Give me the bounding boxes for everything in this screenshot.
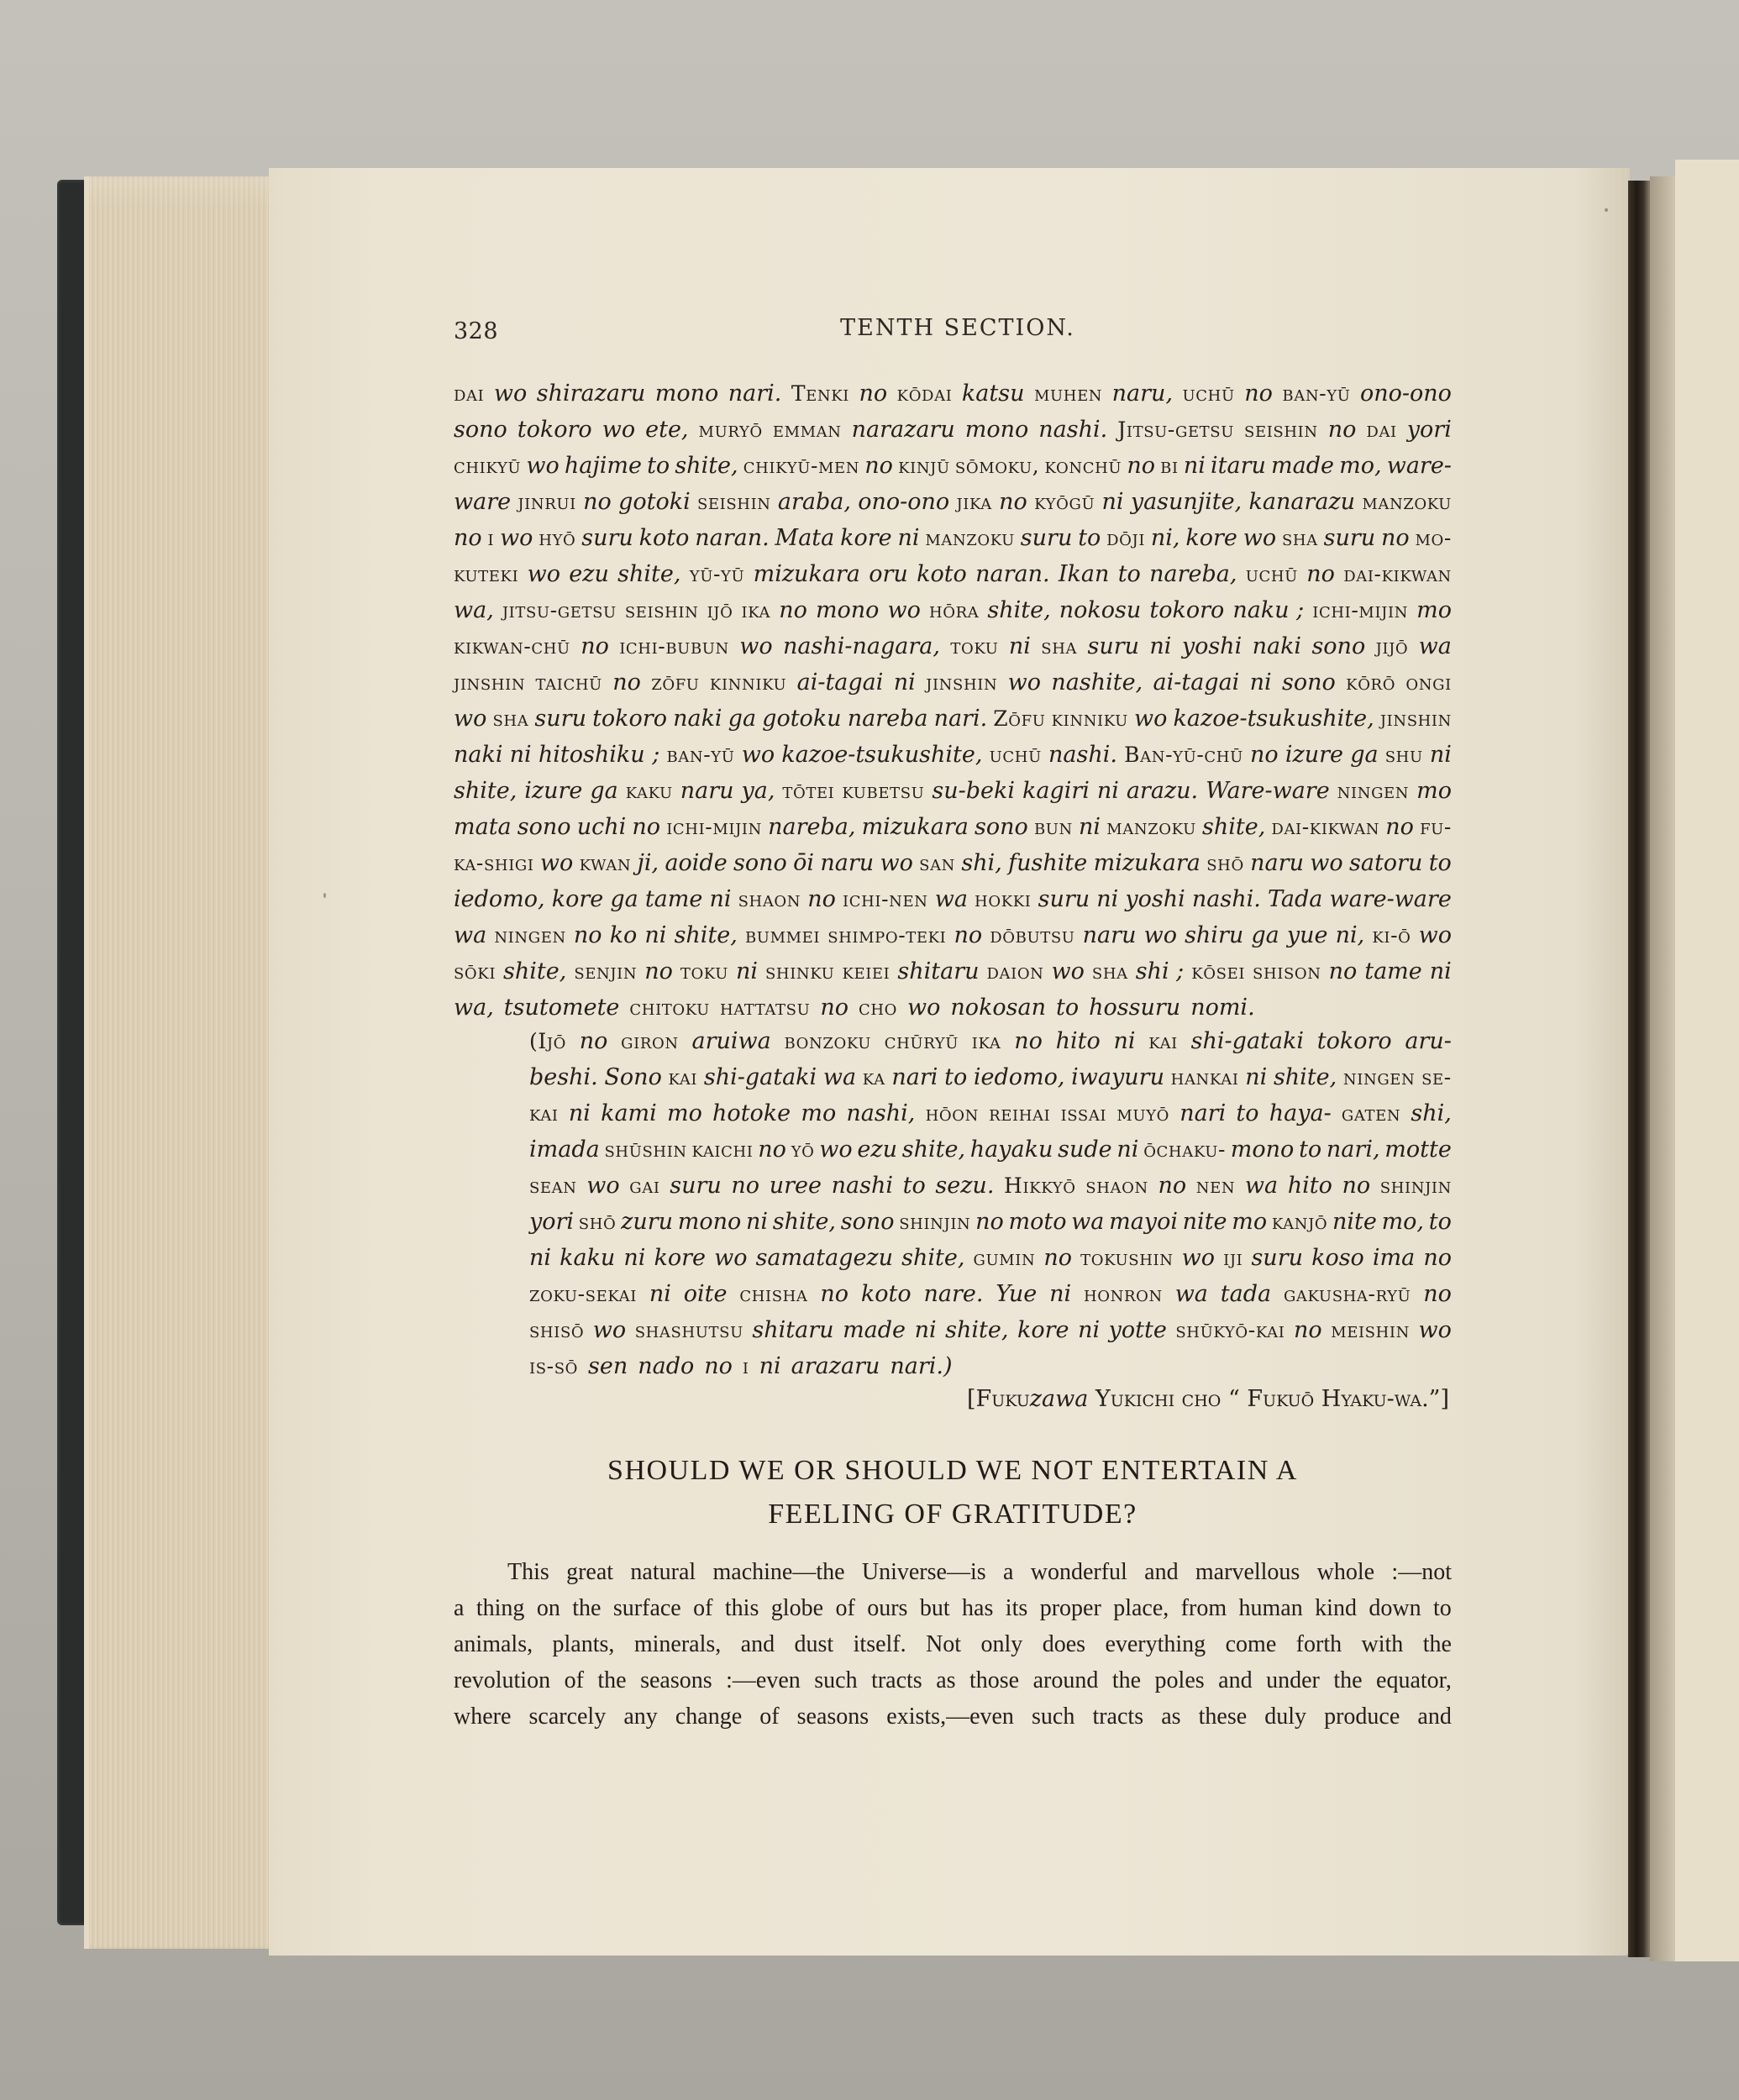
smallcaps-word: BUMMEI: [745, 917, 820, 953]
italic-word: ga: [1350, 737, 1378, 773]
italic-word: shite,: [454, 773, 517, 809]
smallcaps-word: I: [743, 1348, 749, 1384]
italic-word: nareba,: [768, 809, 855, 845]
text-line: (IjōnoGIRONaruiwaBONZOKUCHŪRYŪIKAnohiton…: [529, 1023, 1452, 1059]
italic-word: wo: [586, 1168, 619, 1204]
italic-word: no: [583, 484, 612, 520]
italic-word: no: [454, 520, 482, 556]
smallcaps-word: SHA: [492, 701, 528, 737]
word: of: [693, 1590, 712, 1626]
page-block-edge: [84, 176, 282, 1949]
italic-word: suru: [1021, 520, 1073, 556]
smallcaps-word: TŌTEI: [782, 773, 834, 809]
italic-word: tsutomete: [504, 990, 620, 1026]
italic-word: nokosu: [1059, 592, 1142, 628]
word: tracts: [871, 1662, 922, 1698]
smallcaps-word: KA: [863, 1059, 885, 1095]
italic-word: no: [1014, 1023, 1043, 1059]
italic-word: ga: [590, 773, 617, 809]
smallcaps-word: SAN: [919, 845, 955, 881]
italic-word: no: [859, 375, 888, 412]
italic-word: hayaku: [970, 1131, 1053, 1168]
italic-word: satoru: [1349, 845, 1422, 881]
italic-word: uree: [770, 1168, 822, 1204]
word: equator,: [1376, 1662, 1452, 1698]
italic-word: mono: [1231, 1131, 1295, 1168]
italic-word: oru: [869, 556, 908, 592]
italic-word: ni: [644, 917, 666, 953]
word: animals,: [454, 1626, 533, 1662]
smallcaps-word: SHISON: [1253, 953, 1321, 990]
italic-word: wa: [1419, 628, 1452, 664]
text-line: KUTEKIwoezushite,YŪ-YŪmizukaraorukotonar…: [454, 556, 1452, 592]
italic-word: no: [779, 592, 807, 628]
smallcaps-word: KŌRŌ: [1346, 664, 1395, 701]
italic-word: yoshi: [1125, 881, 1185, 917]
italic-word: nashi-nagara,: [783, 628, 940, 664]
italic-word: no: [1043, 1240, 1072, 1276]
italic-word: kore: [654, 1240, 707, 1276]
smallcaps-word: FU-: [1420, 809, 1452, 845]
smallcaps-word: KYŌGŪ: [1034, 484, 1095, 520]
italic-word: wo: [540, 845, 573, 881]
word: has: [962, 1590, 993, 1626]
word: thing: [476, 1590, 525, 1626]
italic-word: wo: [1144, 917, 1177, 953]
word: of: [759, 1698, 779, 1735]
word: a: [454, 1590, 464, 1626]
italic-word: nite: [1332, 1204, 1377, 1240]
italic-word: yoshi: [1182, 628, 1242, 664]
italic-word: gotoki: [618, 484, 691, 520]
word: kind: [1315, 1590, 1357, 1626]
italic-word: sen: [588, 1348, 628, 1384]
smallcaps-word: ONGI: [1405, 664, 1451, 701]
italic-word: ono-ono: [1360, 375, 1452, 412]
italic-word: no: [1381, 520, 1410, 556]
word: and: [1417, 1698, 1451, 1735]
smallcaps-word: HONRON: [1084, 1276, 1163, 1312]
heading-line-1: SHOULD WE OR SHOULD WE NOT ENTERTAIN A: [454, 1449, 1452, 1493]
word: ours: [867, 1590, 907, 1626]
smallcaps-word: ŌCHAKU-: [1143, 1131, 1226, 1168]
italic-word: no: [1328, 412, 1357, 448]
smallcaps-word: SHA: [1092, 953, 1128, 990]
italic-word: ware-: [1387, 448, 1452, 484]
smallcaps-word: BONZOKU: [784, 1023, 871, 1059]
italic-word: ni: [510, 737, 532, 773]
italic-word: nashi,: [846, 1095, 915, 1131]
word: natural: [630, 1554, 696, 1590]
italic-word: no: [1342, 1168, 1370, 1204]
word: human: [1239, 1590, 1303, 1626]
attribution-author-family: Fuku: [976, 1386, 1030, 1412]
text-line: nakinihitoshiku ;BAN-YŪwokazoe-tsukushit…: [454, 737, 1452, 773]
italic-word: nashi.: [1038, 412, 1107, 448]
smallcaps-word: KAKU: [626, 773, 673, 809]
italic-word: to: [1056, 990, 1079, 1026]
italic-word: kanarazu: [1248, 484, 1355, 520]
italic-word: oite: [684, 1276, 728, 1312]
italic-word: shite,: [1274, 1059, 1337, 1095]
italic-word: nashi.: [1192, 881, 1261, 917]
word: as: [936, 1662, 955, 1698]
text-line: sonotokorowoete,MURYŌEMMANnarazarumonona…: [454, 412, 1452, 448]
word: of: [835, 1590, 854, 1626]
smallcaps-word: SHA: [1282, 520, 1318, 556]
italic-word: no: [1329, 953, 1358, 990]
italic-word: ni: [529, 1240, 551, 1276]
italic-word: izure: [1285, 737, 1343, 773]
italic-word: ga: [610, 881, 638, 917]
text-line: noIwoHYŌsurukotonaran.MatakoreniMANZOKUs…: [454, 520, 1452, 556]
smallcaps-word: SHASHUTSU: [635, 1312, 743, 1348]
smallcaps-word: UCHŪ: [990, 737, 1042, 773]
italic-word: naku ;: [1232, 592, 1304, 628]
text-line: yoriSHŌzurumononishite,sonoSHINJINnomoto…: [529, 1204, 1452, 1240]
smallcaps-word: MANZOKU: [1362, 484, 1452, 520]
smallcaps-word: GAKUSHA-RYŪ: [1284, 1276, 1411, 1312]
italic-word: ya,: [741, 773, 775, 809]
text-line: matasonouchinoICHI-MIJINnareba,mizukaras…: [454, 809, 1452, 845]
italic-word: Ware-ware: [1206, 773, 1330, 809]
text-line: iedomo,koregatameniSHAONnoICHI-NENwaHOKK…: [454, 881, 1452, 917]
italic-word: no: [1385, 809, 1414, 845]
smallcaps-word: KONCHŪ: [1044, 448, 1122, 484]
smallcaps-word: SŌMOKU,: [955, 448, 1039, 484]
italic-word: wo: [494, 375, 527, 412]
italic-word: mata: [454, 809, 512, 845]
word: the: [1333, 1662, 1362, 1698]
smallcaps-word: UCHŪ: [1246, 556, 1298, 592]
italic-word: shite,: [1202, 809, 1265, 845]
smallcaps-word: GIRON: [621, 1023, 679, 1059]
smallcaps-word: CHO: [859, 990, 897, 1026]
smallcaps-word: I: [488, 520, 495, 556]
text-line: nikakunikorewosamatagezushite,GUMINnoTOK…: [529, 1240, 1452, 1276]
smallcaps-word: REIHAI: [989, 1095, 1050, 1131]
attribution-author-given: Yukichi: [1095, 1386, 1174, 1412]
text-line: CHIKYŪwohajimetoshite,CHIKYŪ-MENnoKINJŪS…: [454, 448, 1452, 484]
italic-word: sono: [975, 809, 1028, 845]
smallcaps-word: NINGEN: [494, 917, 565, 953]
italic-word: suru: [1087, 628, 1139, 664]
italic-word: suru: [534, 701, 586, 737]
italic-word: made: [1271, 448, 1334, 484]
italic-word: wo: [526, 448, 559, 484]
italic-word: made: [843, 1312, 906, 1348]
italic-word: sono: [841, 1204, 895, 1240]
italic-word: shiru: [1185, 917, 1243, 953]
smallcaps-word: MANZOKU: [1106, 809, 1196, 845]
smallcaps-word: IJI: [1223, 1240, 1243, 1276]
smallcaps-word: HYŌ: [539, 520, 575, 556]
smallcaps-word: SEISHIN: [625, 592, 699, 628]
smallcaps-word: (Ijō: [529, 1023, 566, 1059]
smallcaps-word: HŌRA: [929, 592, 979, 628]
paper-speck: [323, 893, 326, 898]
smallcaps-word: JINRUI: [517, 484, 576, 520]
word: scarcely: [529, 1698, 607, 1735]
italic-word: no: [1244, 375, 1273, 412]
italic-word: wo: [742, 737, 775, 773]
italic-word: no: [1423, 1276, 1452, 1312]
smallcaps-word: SHA: [1041, 628, 1077, 664]
italic-word: naki: [1253, 628, 1301, 664]
italic-word: suru: [1251, 1240, 1303, 1276]
italic-word: nashite,: [1051, 664, 1143, 701]
italic-word: araba,: [778, 484, 851, 520]
italic-word: ni: [1078, 1312, 1100, 1348]
italic-word: wo: [714, 1240, 747, 1276]
smallcaps-word: JINSHIN: [1380, 701, 1452, 737]
italic-word: ni,: [1336, 917, 1365, 953]
word: the: [597, 1662, 626, 1698]
attribution: [Fukuzawa Yukichi cho “ Fukuō Hyaku-wa.”…: [967, 1386, 1449, 1412]
italic-word: to: [903, 1168, 926, 1204]
italic-word: mo,: [1339, 448, 1381, 484]
italic-word: mono: [965, 412, 1029, 448]
text-line: DAIwoshirazarumononari.TenkinoKŌDAIkatsu…: [454, 375, 1452, 412]
italic-word: wo: [888, 592, 921, 628]
italic-word: to: [1118, 556, 1141, 592]
italic-word: wo: [1008, 664, 1041, 701]
italic-word: nari.: [934, 701, 988, 737]
word: plants,: [553, 1626, 615, 1662]
italic-word: yori: [1407, 412, 1452, 448]
word: as: [1161, 1698, 1180, 1735]
smallcaps-word: ICHI-NEN: [843, 881, 928, 917]
italic-word: sono: [733, 845, 787, 881]
text-line: wa,tsutometeCHITOKUHATTATSUnoCHOwonokosa…: [454, 990, 1452, 1026]
italic-word: kore: [1185, 520, 1237, 556]
italic-word: tokoro: [1317, 1023, 1392, 1059]
smallcaps-word: KAI: [669, 1059, 698, 1095]
italic-word: koto: [639, 520, 690, 556]
smallcaps-word: MO-: [1416, 520, 1452, 556]
italic-word: iwayuru: [1071, 1059, 1164, 1095]
italic-word: wa,: [454, 592, 494, 628]
italic-word: ni: [1430, 737, 1452, 773]
italic-word: wa,: [454, 990, 494, 1026]
italic-word: ono-ono: [858, 484, 949, 520]
smallcaps-word: SHŪKYŌ-KAI: [1175, 1312, 1285, 1348]
italic-word: zuru: [621, 1204, 673, 1240]
italic-word: yue: [1287, 917, 1328, 953]
italic-word: no: [807, 881, 836, 917]
italic-word: ko: [610, 917, 638, 953]
word: does: [1043, 1626, 1085, 1662]
italic-word: ni: [1049, 1276, 1071, 1312]
smallcaps-word: SEISHIN: [1244, 412, 1318, 448]
smallcaps-word: ICHI-BUBUN: [619, 628, 729, 664]
word: :—even: [726, 1662, 801, 1698]
word: surface: [613, 1590, 681, 1626]
italic-word: to: [1429, 845, 1452, 881]
italic-word: wo: [907, 990, 940, 1026]
smallcaps-word: ICHI-MIJIN: [666, 809, 762, 845]
italic-word: mizukara: [862, 809, 969, 845]
italic-word: no: [612, 664, 641, 701]
italic-word: no: [644, 953, 673, 990]
smallcaps-word: JINSHIN: [454, 664, 525, 701]
italic-word: naran.: [975, 556, 1049, 592]
italic-word: shi,: [1411, 1095, 1451, 1131]
italic-word: izure: [524, 773, 582, 809]
word: where: [454, 1698, 511, 1735]
word: to: [1433, 1590, 1452, 1626]
word: machine—the: [712, 1554, 844, 1590]
smallcaps-word: HOKKI: [975, 881, 1031, 917]
italic-word: narazaru: [852, 412, 955, 448]
italic-word: ga: [1251, 917, 1279, 953]
text-line: IS-SŌsennadonoIniarazarunari.): [529, 1348, 1452, 1384]
word: with: [1362, 1626, 1404, 1662]
italic-word: shitaru: [897, 953, 979, 990]
italic-word: no: [1127, 448, 1155, 484]
italic-word: ni: [1245, 1059, 1267, 1095]
smallcaps-word: Ban-yū-chū: [1124, 737, 1243, 773]
italic-word: motte: [1384, 1131, 1452, 1168]
italic-word: shite,: [617, 556, 680, 592]
smallcaps-word: BI: [1160, 448, 1179, 484]
smallcaps-word: JIJŌ: [1376, 628, 1409, 664]
italic-word: no: [999, 484, 1027, 520]
italic-word: wo: [1182, 1240, 1215, 1276]
text-line: SHISŌwoSHASHUTSUshitarumadenishite,koren…: [529, 1312, 1452, 1348]
italic-word: to: [944, 1059, 967, 1095]
italic-word: nari.: [728, 375, 782, 412]
smallcaps-word: ISSAI: [1061, 1095, 1107, 1131]
smallcaps-word: DAI-KIKWAN: [1271, 809, 1379, 845]
italic-word: mayoi: [1109, 1204, 1178, 1240]
italic-word: gotoku: [762, 701, 841, 737]
smallcaps-word: ZOKU-SEKAI: [529, 1276, 637, 1312]
italic-word: ni: [709, 881, 731, 917]
italic-word: mo: [801, 1095, 836, 1131]
italic-word: ni: [1149, 628, 1171, 664]
italic-word: ware-ware: [1329, 881, 1451, 917]
body-line: Thisgreatnaturalmachine—theUniverse—isaw…: [454, 1554, 1452, 1590]
facing-page-edge: [1675, 160, 1739, 1961]
italic-word: moto: [1008, 1204, 1066, 1240]
smallcaps-word: DAI: [454, 375, 484, 412]
word: and: [1218, 1662, 1252, 1698]
italic-word: wo: [500, 520, 533, 556]
italic-word: ni: [1184, 448, 1206, 484]
italic-word: wo: [1243, 520, 1276, 556]
word: change: [675, 1698, 742, 1735]
italic-word: sono: [1282, 664, 1336, 701]
italic-word: Yue: [996, 1276, 1037, 1312]
italic-word: tame: [645, 881, 703, 917]
word: everything: [1105, 1626, 1206, 1662]
text-line: imadaSHŪSHINKAICHInoYŌwoezushite,hayakus…: [529, 1131, 1452, 1168]
italic-word: ga: [728, 701, 756, 737]
smallcaps-word: MANZOKU: [925, 520, 1015, 556]
italic-word: no: [954, 917, 983, 953]
smallcaps-word: KWAN: [580, 845, 632, 881]
smallcaps-word: MEISHIN: [1331, 1312, 1410, 1348]
text-line: KA-SHIGIwoKWANji,aoidesonoōinaruwoSANshi…: [454, 845, 1452, 881]
italic-word: ni: [1096, 881, 1118, 917]
italic-word: ni: [1116, 1131, 1138, 1168]
word: and: [741, 1626, 775, 1662]
smallcaps-word: KUBETSU: [842, 773, 924, 809]
italic-word: ni: [623, 1240, 645, 1276]
body-line: athingonthesurfaceofthisglobeofoursbutha…: [454, 1590, 1452, 1626]
italic-word: shite,: [901, 1240, 964, 1276]
word: :—not: [1391, 1554, 1452, 1590]
smallcaps-word: JITSU-GETSU: [502, 592, 617, 628]
italic-word: iedomo,: [454, 881, 545, 917]
smallcaps-word: MUHEN: [1034, 375, 1102, 412]
italic-word: ni: [894, 664, 916, 701]
smallcaps-word: SHŪSHIN: [604, 1131, 686, 1168]
italic-word: wo: [1134, 701, 1167, 737]
word: exists,—even: [886, 1698, 1014, 1735]
word: poles: [1155, 1662, 1205, 1698]
smallcaps-word: YŌ: [791, 1131, 815, 1168]
italic-word: suru: [581, 520, 633, 556]
word: such: [814, 1662, 857, 1698]
italic-word: wa: [823, 1059, 856, 1095]
italic-word: aru-: [1405, 1023, 1452, 1059]
smallcaps-word: GATEN: [1342, 1095, 1400, 1131]
italic-word: shite,: [945, 1312, 1008, 1348]
italic-word: no: [1250, 737, 1279, 773]
text-line: shite,izuregaKAKUnaruya,TŌTEIKUBETSUsu-b…: [454, 773, 1452, 809]
italic-word: shi-gataki: [704, 1059, 817, 1095]
italic-word: tame: [1364, 953, 1422, 990]
smallcaps-word: SHINJIN: [899, 1204, 970, 1240]
smallcaps-word: Tenki: [791, 375, 849, 412]
smallcaps-word: SE-: [1421, 1059, 1452, 1095]
italic-word: kore: [552, 881, 604, 917]
italic-word: no: [1306, 556, 1335, 592]
text-line: SEANwoGAIsurunoureenashitosezu.HikkyōSHA…: [529, 1168, 1452, 1204]
body-line: revolutionoftheseasons:—evensuchtractsas…: [454, 1662, 1452, 1698]
italic-word: Tada: [1268, 881, 1322, 917]
italic-word: ōi: [793, 845, 814, 881]
smallcaps-word: SEAN: [529, 1168, 577, 1204]
smallcaps-word: SHAON: [738, 881, 801, 917]
italic-word: no: [820, 1276, 848, 1312]
smallcaps-word: TOKUSHIN: [1080, 1240, 1173, 1276]
word: around: [1033, 1662, 1099, 1698]
italic-word: naru: [820, 845, 874, 881]
italic-word: nari.): [890, 1348, 952, 1384]
italic-word: uchi: [577, 809, 627, 845]
smallcaps-word: SEISHIN: [697, 484, 771, 520]
attribution-author-family-italic: zawa: [1030, 1386, 1089, 1412]
italic-word: ji,: [638, 845, 659, 881]
italic-word: naki: [673, 701, 722, 737]
smallcaps-word: CHŪRYŪ: [885, 1023, 959, 1059]
italic-word: shite,: [987, 592, 1050, 628]
italic-word: no: [574, 917, 602, 953]
italic-word: wo: [1052, 953, 1085, 990]
smallcaps-word: IKA: [742, 592, 771, 628]
smallcaps-word: KINNIKU: [1052, 701, 1128, 737]
word: forth: [1296, 1626, 1342, 1662]
heading-line-2: FEELING OF GRATITUDE?: [454, 1493, 1452, 1536]
smallcaps-word: KAICHI: [692, 1131, 754, 1168]
italic-word: wo: [528, 556, 560, 592]
smallcaps-word: KUTEKI: [454, 556, 518, 592]
italic-word: ni: [1430, 953, 1452, 990]
word: those: [969, 1662, 1019, 1698]
